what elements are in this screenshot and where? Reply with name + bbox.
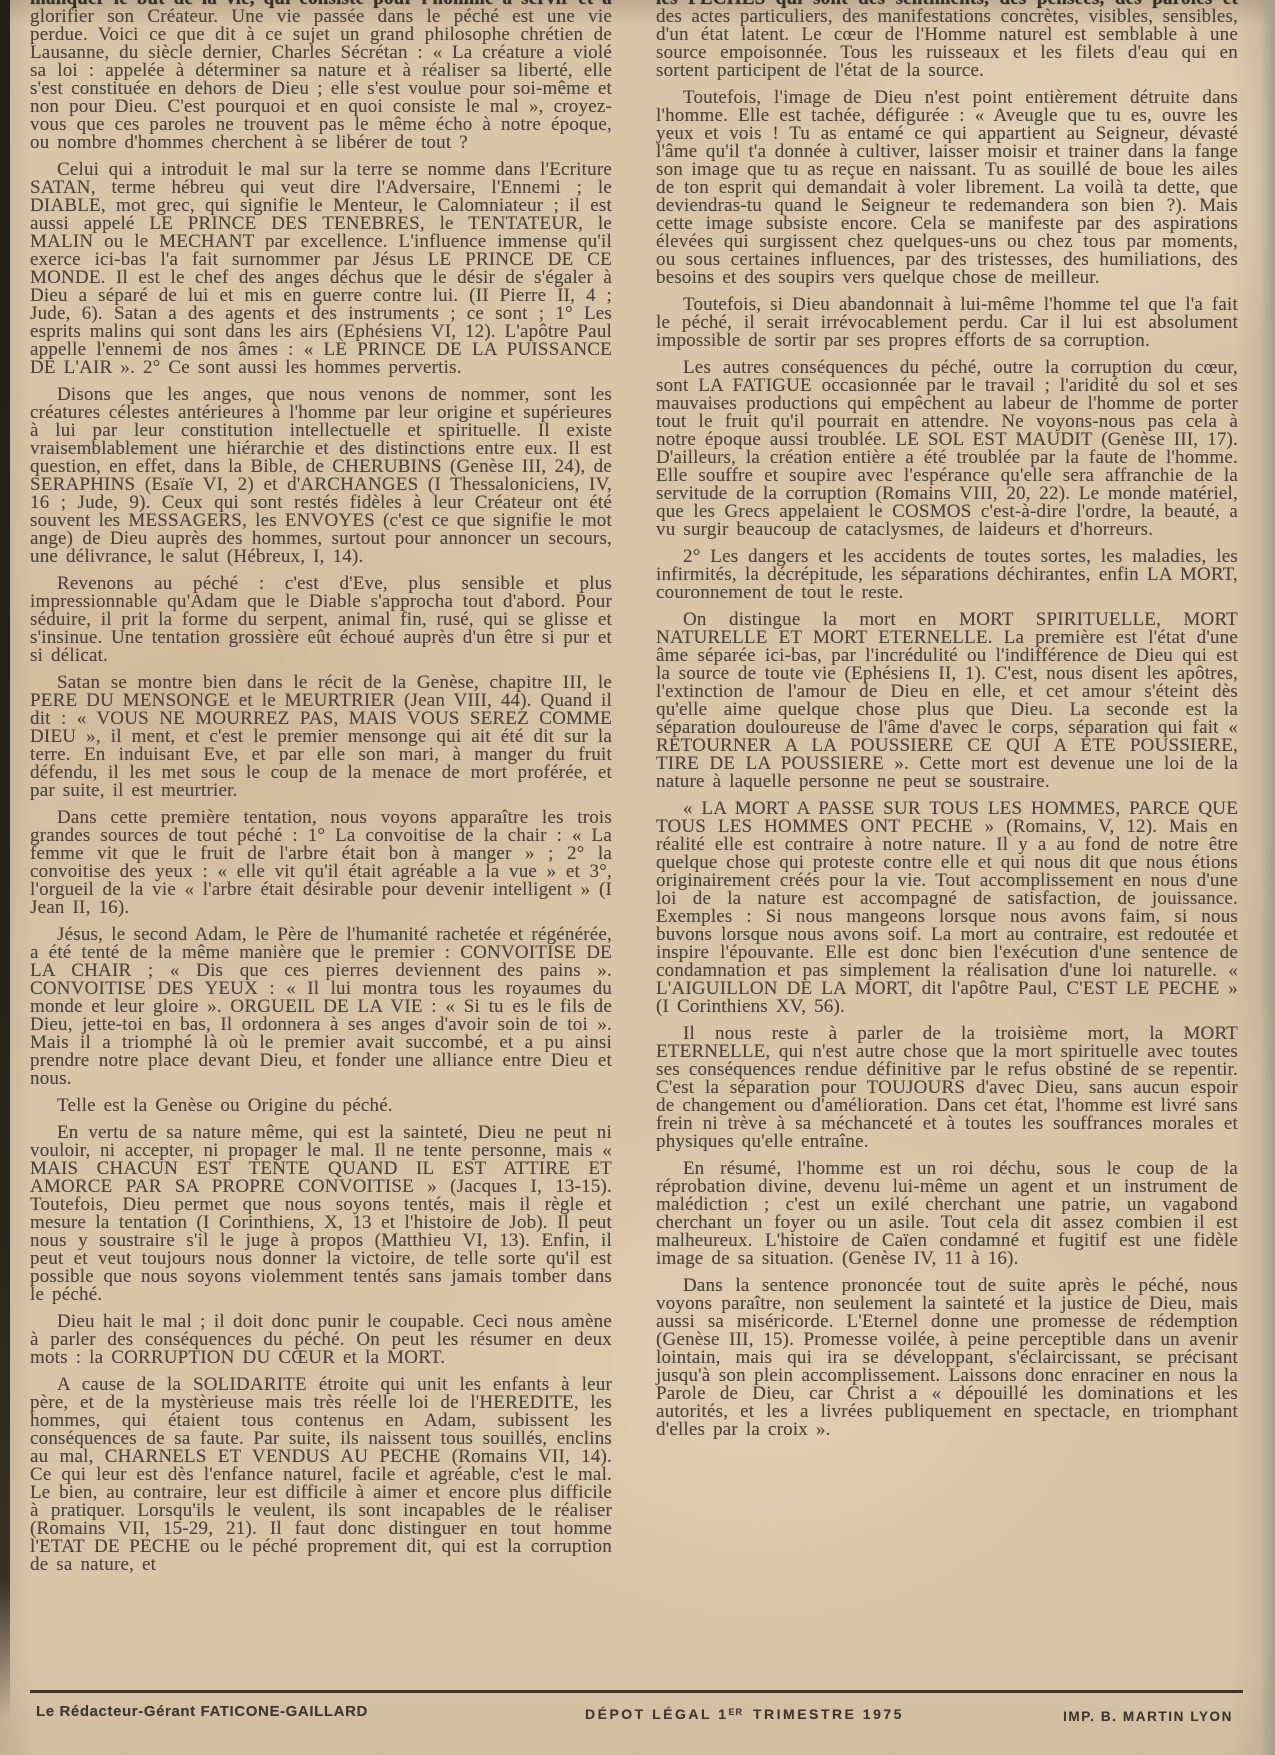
paragraph: manquer le but de la vie, qui consiste p…	[30, 0, 612, 152]
footer-printer: IMP. B. MARTIN LYON	[1063, 1709, 1233, 1724]
paragraph: En vertu de sa nature même, qui est la s…	[30, 1124, 612, 1304]
paragraph: On distingue la mort en MORT SPIRITUELLE…	[656, 611, 1238, 791]
footer-depot-prefix: DÉPOT LÉGAL 1	[585, 1706, 728, 1722]
paragraph: Telle est la Genèse ou Origine du péché.	[30, 1097, 612, 1115]
paragraph: Dieu hait le mal ; il doit donc punir le…	[30, 1313, 612, 1367]
footer-rule	[30, 1690, 1243, 1693]
paragraph: Les autres conséquences du péché, outre …	[656, 359, 1238, 539]
paragraph: 2° Les dangers et les accidents de toute…	[656, 548, 1238, 602]
paragraph: Satan se montre bien dans le récit de la…	[30, 674, 612, 800]
scan-edge-left	[0, 0, 10, 1755]
scan-edge-right	[1259, 0, 1275, 1755]
footer-depot-suffix: TRIMESTRE 1975	[753, 1706, 904, 1722]
paragraph: Jésus, le second Adam, le Père de l'huma…	[30, 926, 612, 1088]
paragraph: Toutefois, l'image de Dieu n'est point e…	[656, 89, 1238, 287]
paragraph: A cause de la SOLIDARITE étroite qui uni…	[30, 1376, 612, 1574]
paragraph: Dans cette première tentation, nous voyo…	[30, 809, 612, 917]
footer-editor: Le Rédacteur-Gérant FATICONE-GAILLARD	[36, 1703, 368, 1720]
paragraph: Celui qui a introduit le mal sur la terr…	[30, 161, 612, 377]
paragraph: Il nous reste à parler de la troisième m…	[656, 1025, 1238, 1151]
paragraph: « LA MORT A PASSE SUR TOUS LES HOMMES, P…	[656, 800, 1238, 1016]
paragraph: Toutefois, si Dieu abandonnait à lui-mêm…	[656, 296, 1238, 350]
paragraph: Disons que les anges, que nous venons de…	[30, 386, 612, 566]
document-body: manquer le but de la vie, qui consiste p…	[30, 0, 1238, 1583]
footer-depot-superscript: ER	[728, 1707, 743, 1717]
footer-depot-legal: DÉPOT LÉGAL 1ERTRIMESTRE 1975	[585, 1706, 904, 1722]
paragraph: les PECHES qui sont des sentiments, des …	[656, 0, 1238, 80]
right-column: les PECHES qui sont des sentiments, des …	[656, 0, 1238, 1583]
scanned-document-page: manquer le but de la vie, qui consiste p…	[0, 0, 1275, 1755]
paragraph: En résumé, l'homme est un roi déchu, sou…	[656, 1160, 1238, 1268]
paragraph: Dans la sentence prononcée tout de suite…	[656, 1277, 1238, 1439]
left-column: manquer le but de la vie, qui consiste p…	[30, 0, 612, 1583]
paragraph: Revenons au péché : c'est d'Eve, plus se…	[30, 575, 612, 665]
